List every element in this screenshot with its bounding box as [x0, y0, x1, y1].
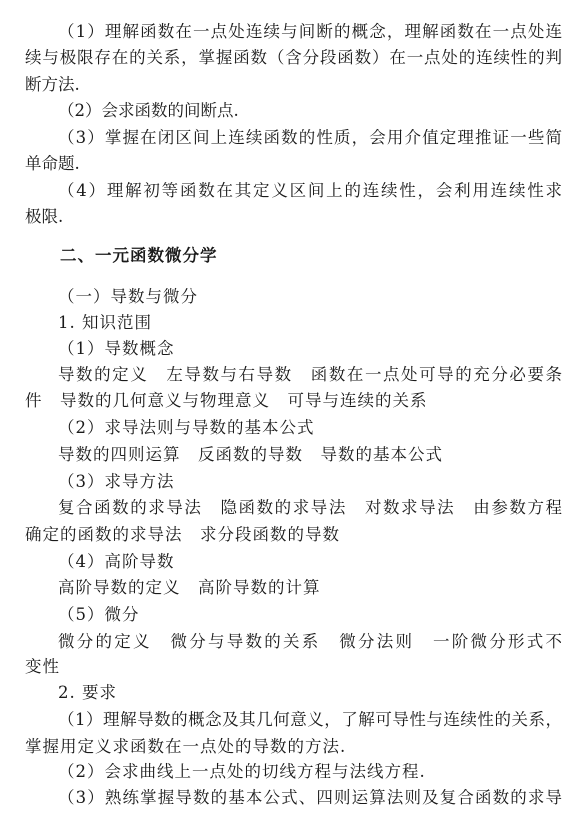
- scope-item-3-content-2: 确定的函数的求导法 求分段函数的导数: [25, 524, 562, 546]
- knowledge-scope-title: 1. 知识范围: [58, 312, 562, 334]
- requirement-2-line-1: （2）会求曲线上一点处的切线方程与法线方程.: [58, 761, 562, 783]
- req-item-4-line-2: 极限.: [25, 206, 562, 228]
- scope-item-1-content-1: 导数的定义 左导数与右导数 函数在一点处可导的充分必要条: [58, 364, 562, 386]
- scope-item-2-title: （2）求导法则与导数的基本公式: [58, 417, 562, 439]
- scope-item-3-content-1: 复合函数的求导法 隐函数的求导法 对数求导法 由参数方程: [58, 497, 562, 519]
- chapter-heading: 二、一元函数微分学: [60, 245, 218, 267]
- scope-item-1-title: （1）导数概念: [58, 338, 562, 360]
- scope-item-1-content-2: 件 导数的几何意义与物理意义 可导与连续的关系: [25, 390, 562, 412]
- scope-item-4-title: （4）高阶导数: [58, 551, 562, 573]
- scope-item-2-content-1: 导数的四则运算 反函数的导数 导数的基本公式: [58, 444, 562, 466]
- scope-item-4-content-1: 高阶导数的定义 高阶导数的计算: [58, 577, 562, 599]
- req-item-4-line-1: （4）理解初等函数在其定义区间上的连续性，会利用连续性求: [58, 180, 562, 202]
- subsection-title: （一）导数与微分: [58, 286, 562, 308]
- req-item-1-line-1: （1）理解函数在一点处连续与间断的概念，理解函数在一点处连: [58, 21, 562, 43]
- req-item-1-line-3: 断方法.: [25, 74, 562, 96]
- requirement-3-line-1: （3）熟练掌握导数的基本公式、四则运算法则及复合函数的求导: [58, 787, 562, 809]
- req-item-3-line-1: （3）掌握在闭区间上连续函数的性质，会用介值定理推证一些简: [58, 127, 562, 149]
- scope-item-5-content-2: 变性: [25, 656, 562, 678]
- requirement-1-line-2: 掌握用定义求函数在一点处的导数的方法.: [25, 736, 562, 758]
- scope-item-3-title: （3）求导方法: [58, 471, 562, 493]
- scope-item-5-title: （5）微分: [58, 604, 562, 626]
- scope-item-5-content-1: 微分的定义 微分与导数的关系 微分法则 一阶微分形式不: [58, 631, 562, 653]
- requirement-1-line-1: （1）理解导数的概念及其几何意义，了解可导性与连续性的关系，: [58, 709, 562, 731]
- req-item-2-line-1: （2）会求函数的间断点.: [58, 100, 562, 122]
- req-item-1-line-2: 续与极限存在的关系，掌握函数（含分段函数）在一点处的连续性的判: [25, 47, 562, 69]
- document-page: （1）理解函数在一点处连续与间断的概念，理解函数在一点处连 续与极限存在的关系，…: [0, 0, 580, 817]
- requirements-title: 2. 要求: [58, 682, 562, 704]
- req-item-3-line-2: 单命题.: [25, 153, 562, 175]
